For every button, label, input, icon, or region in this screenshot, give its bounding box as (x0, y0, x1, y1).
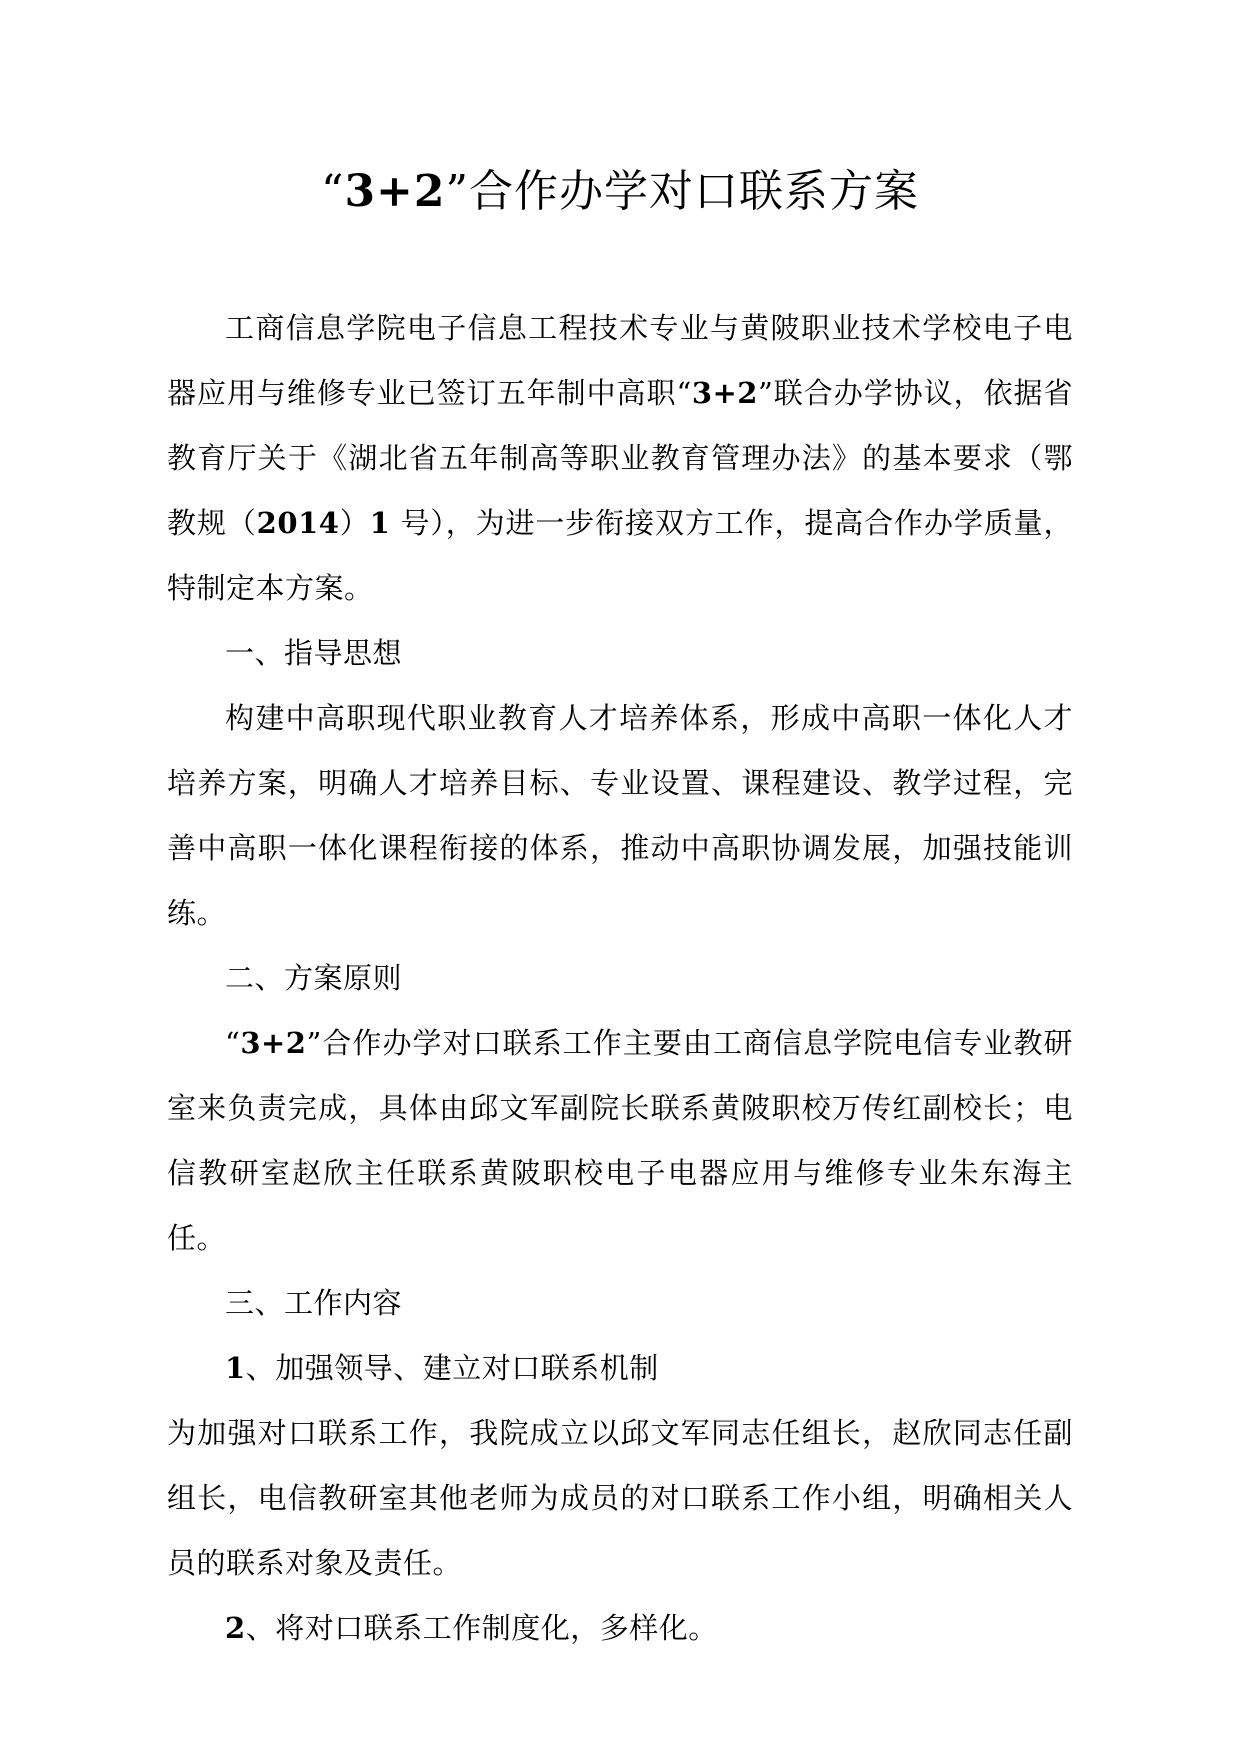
paragraph: 二、方案原则 (167, 946, 1073, 1011)
bold-text-run: 2 (225, 1611, 246, 1645)
text-run: ”合作办学对口联系工作主要由工商信息学院电信专业教研室来负责完成，具体由邱文军副… (167, 1026, 1073, 1255)
bold-text-run: 3+2 (240, 1026, 306, 1060)
paragraph: 1、加强领导、建立对口联系机制 (167, 1336, 1073, 1401)
document-content: “3+2”合作办学对口联系方案 工商信息学院电子信息工程技术专业与黄陂职业技术学… (0, 160, 1240, 1661)
document-title: “3+2”合作办学对口联系方案 (167, 160, 1073, 224)
paragraph: 为加强对口联系工作，我院成立以邱文军同志任组长，赵欣同志任副组长，电信教研室其他… (167, 1401, 1073, 1596)
paragraph: 2、将对口联系工作制度化，多样化。 (167, 1596, 1073, 1661)
bold-text-run: 3+2 (692, 376, 758, 410)
text-run: “ (225, 1026, 240, 1060)
text-run: 为加强对口联系工作，我院成立以邱文军同志任组长，赵欣同志任副组长，电信教研室其他… (167, 1416, 1073, 1580)
text-run: 构建中高职现代职业教育人才培养体系，形成中高职一体化人才培养方案，明确人才培养目… (167, 701, 1073, 930)
text-run: ） (339, 506, 369, 540)
text-run: 一、指导思想 (225, 636, 402, 670)
paragraph: 工商信息学院电子信息工程技术专业与黄陂职业技术学校电子电器应用与维修专业已签订五… (167, 296, 1073, 621)
paragraph: 三、工作内容 (167, 1271, 1073, 1336)
document-page: “3+2”合作办学对口联系方案 工商信息学院电子信息工程技术专业与黄陂职业技术学… (0, 0, 1240, 1755)
bold-text-run: 3+2 (344, 166, 445, 217)
bold-text-run: 1 (370, 506, 391, 540)
paragraph: 一、指导思想 (167, 621, 1073, 686)
paragraph: 构建中高职现代职业教育人才培养体系，形成中高职一体化人才培养方案，明确人才培养目… (167, 686, 1073, 946)
text-run: ”合作办学对口联系方案 (446, 166, 920, 217)
text-run: 二、方案原则 (225, 961, 402, 995)
paragraph: “3+2”合作办学对口联系工作主要由工商信息学院电信专业教研室来负责完成，具体由… (167, 1011, 1073, 1271)
document-body: 工商信息学院电子信息工程技术专业与黄陂职业技术学校电子电器应用与维修专业已签订五… (167, 296, 1073, 1661)
text-run: 、加强领导、建立对口联系机制 (246, 1351, 659, 1385)
text-run: 三、工作内容 (225, 1286, 402, 1320)
bold-text-run: 1 (225, 1351, 246, 1385)
text-run: 、将对口联系工作制度化，多样化。 (246, 1611, 718, 1645)
text-run: “ (321, 166, 345, 217)
bold-text-run: 2014 (257, 506, 340, 540)
